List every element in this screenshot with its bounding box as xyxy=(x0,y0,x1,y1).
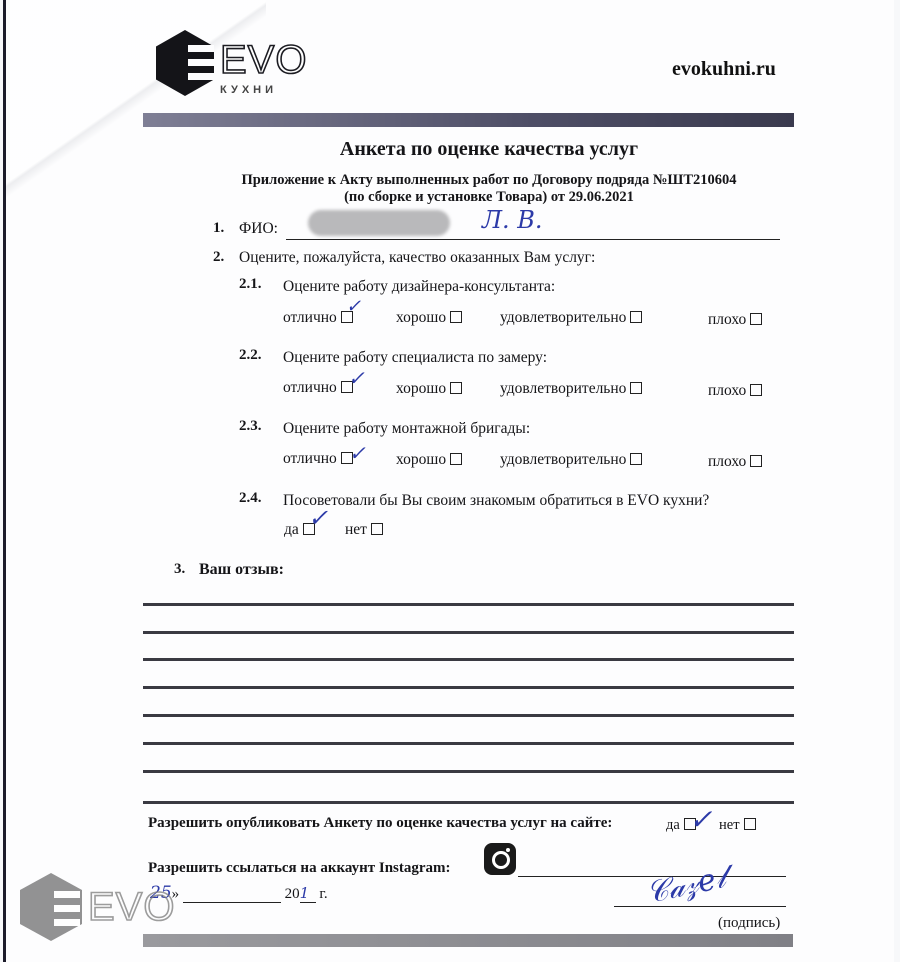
fio-field[interactable] xyxy=(286,239,780,240)
date-year-suffix[interactable]: 1 xyxy=(300,884,316,903)
checkbox[interactable] xyxy=(450,453,462,465)
check-mark-icon: ✓ xyxy=(349,441,366,465)
q2-number: 2. xyxy=(213,249,224,266)
q2-4-number: 2.4. xyxy=(239,490,262,507)
website-url: evokuhni.ru xyxy=(672,58,776,81)
signature-field[interactable] xyxy=(614,906,786,907)
checkbox[interactable] xyxy=(450,382,462,394)
publish-option-no[interactable]: нет xyxy=(719,817,756,834)
checkbox[interactable] xyxy=(630,453,642,465)
checkbox[interactable] xyxy=(450,311,462,323)
check-mark-icon: ✓ xyxy=(348,366,365,390)
option-label: да xyxy=(284,521,299,538)
q3-label: Ваш отзыв: xyxy=(199,561,284,579)
subtitle-line-1: Приложение к Акту выполненных работ по Д… xyxy=(6,172,900,189)
header-divider-bar xyxy=(143,113,794,127)
footer-divider-bar xyxy=(143,934,793,947)
check-mark-icon: ✓ xyxy=(308,504,328,532)
option-label: хорошо xyxy=(396,451,446,468)
option-label: плохо xyxy=(708,382,746,399)
redacted-name xyxy=(308,210,450,236)
option-label: хорошо xyxy=(396,380,446,397)
publish-consent-label: Разрешить опубликовать Анкету по оценке … xyxy=(148,815,612,832)
review-line[interactable] xyxy=(143,770,794,773)
review-line[interactable] xyxy=(143,714,794,717)
watermark-text: EVO xyxy=(88,887,175,927)
checkbox[interactable] xyxy=(750,384,762,396)
q2-4-option-no[interactable]: нет xyxy=(345,521,383,539)
date-line: 25» 201 г. xyxy=(150,883,328,903)
review-line[interactable] xyxy=(143,742,794,745)
checkbox[interactable] xyxy=(630,311,642,323)
option-label: нет xyxy=(345,521,367,538)
option-label: плохо xyxy=(708,311,746,328)
q1-number: 1. xyxy=(213,220,224,237)
q2-2-label: Оцените работу специалиста по замеру: xyxy=(283,349,547,367)
checkbox[interactable] xyxy=(750,455,762,467)
review-line[interactable] xyxy=(143,686,794,689)
logo-e-bars xyxy=(54,891,80,927)
q2-2-option-excellent[interactable]: отлично xyxy=(283,379,353,397)
q2-3-option-excellent[interactable]: отлично xyxy=(283,450,353,468)
subtitle-line-2: (по сборке и установке Товара) от 29.06.… xyxy=(6,189,900,206)
evo-watermark: EVO xyxy=(20,873,160,943)
signature-mark: 𝒞𝒶𝓏𝑒𝓁 xyxy=(643,860,729,911)
logo-text: EVO xyxy=(220,40,307,80)
q2-2-number: 2.2. xyxy=(239,347,262,364)
q2-label: Оцените, пожалуйста, качество оказанных … xyxy=(239,249,595,267)
q2-4-label: Посоветовали бы Вы своим знакомым обрати… xyxy=(283,492,709,510)
review-line[interactable] xyxy=(143,658,794,661)
option-label: хорошо xyxy=(396,309,446,326)
q2-1-option-good[interactable]: хорошо xyxy=(396,309,462,327)
option-label: отлично xyxy=(283,309,337,326)
logo-e-bars xyxy=(188,45,214,81)
q2-2-option-good[interactable]: хорошо xyxy=(396,380,462,398)
option-label: плохо xyxy=(708,453,746,470)
instagram-icon xyxy=(484,843,516,875)
date-suffix: г. xyxy=(319,886,327,902)
instagram-consent-label: Разрешить ссылаться на аккаунт Instagram… xyxy=(148,860,451,877)
q2-2-option-satisfactory[interactable]: удовлетворительно xyxy=(500,380,642,398)
option-label: отлично xyxy=(283,450,337,467)
q2-1-label: Оцените работу дизайнера-консультанта: xyxy=(283,278,555,296)
checkbox[interactable] xyxy=(744,818,756,830)
option-label: отлично xyxy=(283,379,337,396)
checkbox[interactable] xyxy=(630,382,642,394)
q2-1-number: 2.1. xyxy=(239,276,262,293)
q2-3-option-bad[interactable]: плохо xyxy=(708,453,762,471)
subtitle: Приложение к Акту выполненных работ по Д… xyxy=(6,172,900,206)
option-label: нет xyxy=(719,817,740,833)
check-mark-icon: ✓ xyxy=(346,296,361,317)
checkbox[interactable] xyxy=(750,313,762,325)
fio-handwritten-initials: Л. В. xyxy=(482,206,543,234)
logo-subtext: КУХНИ xyxy=(220,84,277,96)
date-year-prefix: 20 xyxy=(285,886,300,902)
q2-3-label: Оцените работу монтажной бригады: xyxy=(283,420,530,438)
check-mark-icon: ✓ xyxy=(689,803,712,836)
signature-caption: (подпись) xyxy=(718,915,780,932)
page-title: Анкета по оценке качества услуг xyxy=(6,138,900,161)
document-page: EVO КУХНИ evokuhni.ru Анкета по оценке к… xyxy=(3,0,894,962)
option-label: удовлетворительно xyxy=(500,309,626,326)
option-label: удовлетворительно xyxy=(500,451,626,468)
option-label: да xyxy=(666,817,680,833)
q2-3-option-satisfactory[interactable]: удовлетворительно xyxy=(500,451,642,469)
q2-1-option-excellent[interactable]: отлично xyxy=(283,309,353,327)
q1-label: ФИО: xyxy=(239,220,278,238)
checkbox[interactable] xyxy=(371,523,383,535)
q2-1-option-satisfactory[interactable]: удовлетворительно xyxy=(500,309,642,327)
review-line[interactable] xyxy=(143,631,794,634)
q3-number: 3. xyxy=(174,561,185,578)
review-line[interactable] xyxy=(143,603,794,606)
date-month[interactable] xyxy=(183,884,281,903)
q2-3-number: 2.3. xyxy=(239,418,262,435)
q2-3-option-good[interactable]: хорошо xyxy=(396,451,462,469)
q2-1-option-bad[interactable]: плохо xyxy=(708,311,762,329)
option-label: удовлетворительно xyxy=(500,380,626,397)
q2-2-option-bad[interactable]: плохо xyxy=(708,382,762,400)
evo-logo: EVO КУХНИ xyxy=(156,28,296,98)
